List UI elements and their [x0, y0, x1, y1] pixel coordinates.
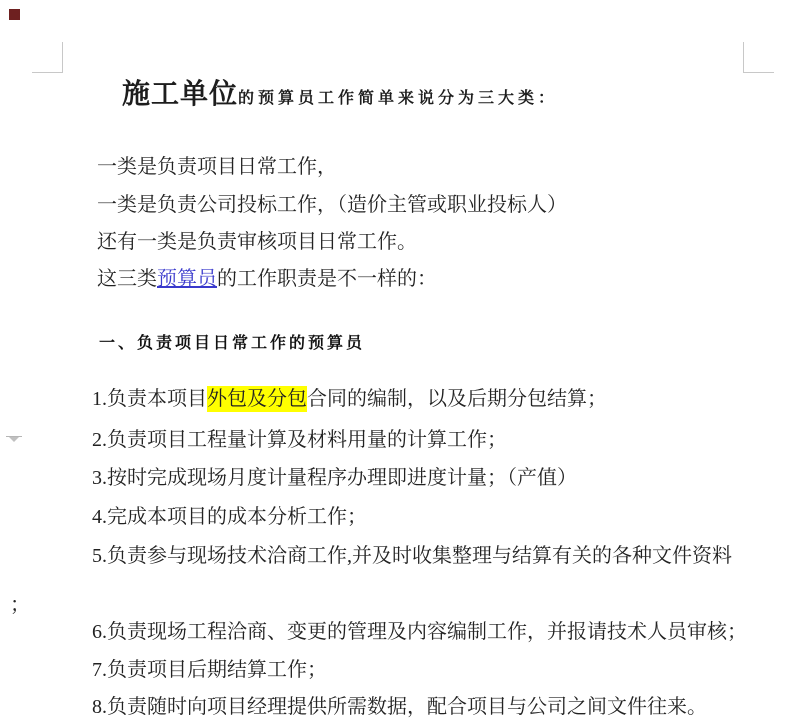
- left-margin-marker: [6, 436, 22, 442]
- text-boundary-corner-top-right: [743, 42, 774, 73]
- document-page: 施工单位的预算员工作简单来说分为三大类： 一类是负责项目日常工作， 一类是负责公…: [0, 0, 800, 725]
- title-small-text: 的预算员工作简单来说分为三大类：: [238, 90, 558, 107]
- list-item-5: 5.负责参与现场技术洽商工作,并及时收集整理与结算有关的各种文件资料: [92, 546, 732, 566]
- intro-line-3: 还有一类是负责审核项目日常工作。: [97, 232, 417, 252]
- item-1-pre: 1.负责本项目: [92, 388, 207, 410]
- intro-line-4-post: 的工作职责是不一样的：: [217, 268, 437, 290]
- title-large-text: 施工单位: [122, 79, 238, 110]
- item-1-highlighted-text: 外包及分包: [207, 386, 307, 412]
- list-item-4: 4.完成本项目的成本分析工作；: [92, 507, 367, 527]
- intro-line-2: 一类是负责公司投标工作，（造价主管或职业投标人）: [97, 195, 567, 215]
- list-item-1: 1.负责本项目外包及分包合同的编制，以及后期分包结算；: [92, 389, 607, 409]
- intro-line-1: 一类是负责项目日常工作，: [97, 157, 337, 177]
- item-5-overflow-semicolon: ；: [10, 588, 30, 617]
- item-1-post: 合同的编制，以及后期分包结算；: [307, 388, 607, 410]
- marker-triangle-icon: [9, 437, 19, 442]
- list-item-2: 2.负责项目工程量计算及材料用量的计算工作；: [92, 430, 507, 450]
- text-boundary-corner-top-left: [32, 42, 63, 73]
- intro-line-4: 这三类预算员的工作职责是不一样的：: [97, 269, 437, 289]
- section-heading: 一、负责项目日常工作的预算员: [99, 330, 365, 353]
- budget-officer-hyperlink[interactable]: 预算员: [157, 268, 217, 290]
- intro-line-4-pre: 这三类: [97, 268, 157, 290]
- list-item-7: 7.负责项目后期结算工作；: [92, 660, 327, 680]
- list-item-3: 3.按时完成现场月度计量程序办理即进度计量；（产值）: [92, 468, 577, 488]
- document-title: 施工单位的预算员工作简单来说分为三大类：: [122, 72, 558, 112]
- red-square-marker: [9, 9, 20, 20]
- list-item-8: 8.负责随时向项目经理提供所需数据，配合项目与公司之间文件往来。: [92, 697, 707, 717]
- list-item-6: 6.负责现场工程洽商、变更的管理及内容编制工作，并报请技术人员审核；: [92, 622, 747, 642]
